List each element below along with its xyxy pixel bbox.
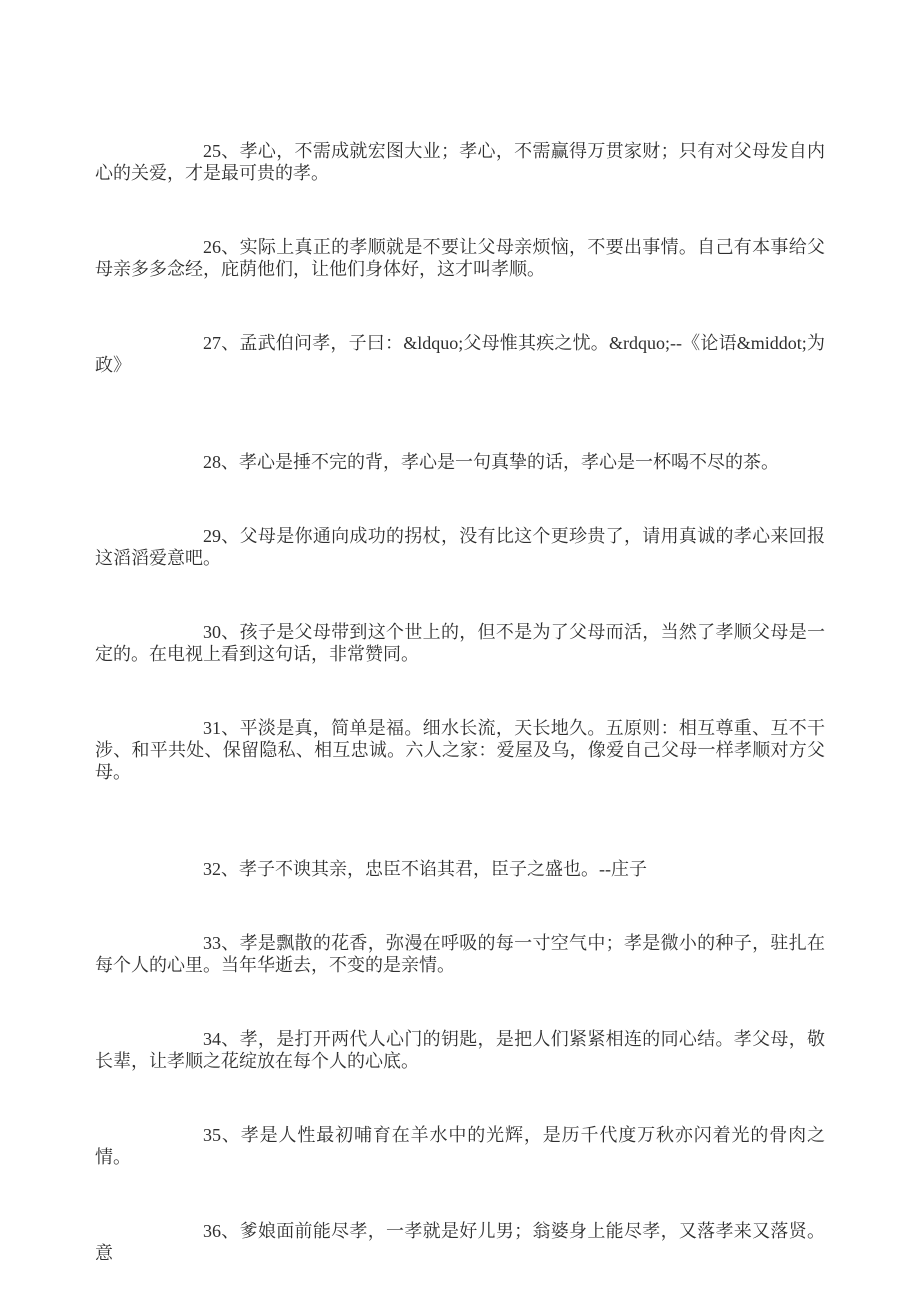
quote-paragraph: 28、孝心是捶不完的背，孝心是一句真挚的话，孝心是一杯喝不尽的茶。 (95, 451, 825, 473)
quote-paragraph: 29、父母是你通向成功的拐杖，没有比这个更珍贵了，请用真诚的孝心来回报这滔滔爱意… (95, 525, 825, 569)
quote-paragraph: 25、孝心，不需成就宏图大业；孝心，不需赢得万贯家财；只有对父母发自内心的关爱，… (95, 140, 825, 184)
quote-paragraph: 36、爹娘面前能尽孝，一孝就是好儿男；翁婆身上能尽孝，又落孝来又落贤。意 (95, 1220, 825, 1264)
quote-paragraph: 31、平淡是真，简单是福。细水长流，天长地久。五原则：相互尊重、互不干涉、和平共… (95, 717, 825, 783)
document-body: 25、孝心，不需成就宏图大业；孝心，不需赢得万贯家财；只有对父母发自内心的关爱，… (95, 140, 825, 1264)
quote-paragraph: 35、孝是人性最初哺育在羊水中的光辉，是历千代度万秋亦闪着光的骨肉之情。 (95, 1124, 825, 1168)
quote-paragraph: 34、孝，是打开两代人心门的钥匙，是把人们紧紧相连的同心结。孝父母，敬长辈，让孝… (95, 1028, 825, 1072)
quote-paragraph: 32、孝子不谀其亲，忠臣不谄其君，臣子之盛也。--庄子 (95, 858, 825, 880)
quote-paragraph: 33、孝是飘散的花香，弥漫在呼吸的每一寸空气中；孝是微小的种子，驻扎在每个人的心… (95, 932, 825, 976)
quote-paragraph: 27、孟武伯问孝，子曰：&ldquo;父母惟其疾之忧。&rdquo;--《论语&… (95, 332, 825, 376)
quote-paragraph: 30、孩子是父母带到这个世上的，但不是为了父母而活，当然了孝顺父母是一定的。在电… (95, 621, 825, 665)
document-page: 25、孝心，不需成就宏图大业；孝心，不需赢得万贯家财；只有对父母发自内心的关爱，… (0, 0, 920, 1302)
quote-paragraph: 26、实际上真正的孝顺就是不要让父母亲烦恼，不要出事情。自己有本事给父母亲多多念… (95, 236, 825, 280)
